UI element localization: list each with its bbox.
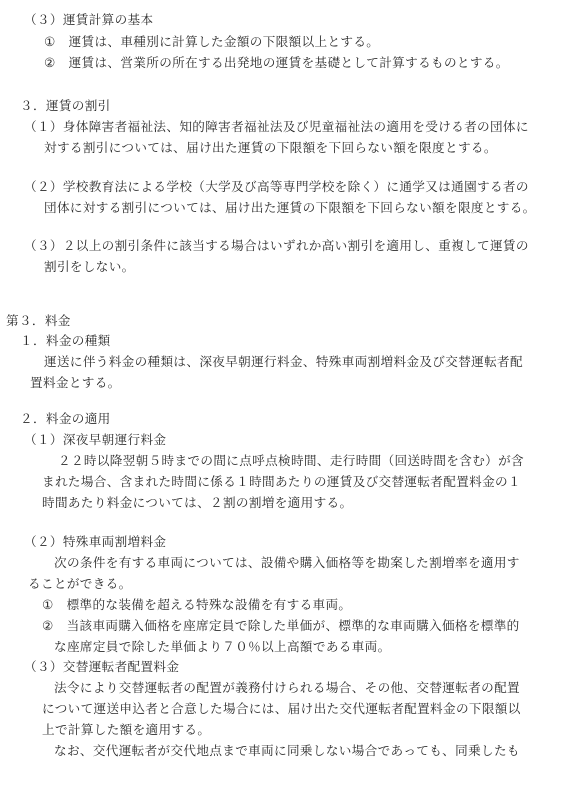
special-vehicle-item-1: ① 標準的な装備を超える特殊な設備を有する車両。 (42, 597, 351, 613)
relief-driver-line-3: 上で計算した額を適用する。 (42, 722, 210, 738)
relief-driver-line-2: について運送申込者と合意した場合には、届け出た交代運転者配置料金の下限額以 (42, 701, 521, 717)
discount-paragraph-1-line-2: 対する割引については、届け出た運賃の下限額を下回らない額を限度とする。 (44, 140, 497, 156)
special-vehicle-item-2-line-2: な座席定員で除した単価より７０％以上高額である車両。 (54, 639, 391, 655)
section-heading-charge-kinds: １．料金の種類 (20, 333, 111, 349)
special-vehicle-line-1: 次の条件を有する車両については、設備や購入価格等を勘案した割増率を適用す (54, 555, 520, 571)
charge-kinds-line-1: 運送に伴う料金の種類は、深夜早朝運行料金、特殊車両割増料金及び交替運転者配 (44, 354, 523, 370)
subsection-heading-special-vehicle: （２）特殊車両割増料金 (24, 534, 166, 550)
section-heading-charge-application: ２．料金の適用 (20, 411, 111, 427)
discount-paragraph-2-line-1: （２）学校教育法による学校（大学及び高等専門学校を除く）に通学又は通園する者の (24, 179, 529, 195)
charge-kinds-line-2: 置料金とする。 (30, 375, 121, 391)
section-heading-fare-basis: （３）運賃計算の基本 (24, 12, 153, 28)
section-heading-discount: ３．運賃の割引 (20, 98, 111, 114)
late-night-line-1: ２２時以降翌朝５時までの間に点呼点検時間、走行時間（回送時間を含む）が含 (58, 453, 524, 469)
subsection-heading-late-night: （１）深夜早朝運行料金 (24, 432, 166, 448)
fare-basis-item-2: ② 運賃は、営業所の所在する出発地の運賃を基礎として計算するものとする。 (44, 55, 509, 71)
special-vehicle-item-2-line-1: ② 当該車両購入価格を座席定員で除した単価が、標準的な車両購入価格を標準的 (42, 618, 520, 634)
discount-paragraph-3-line-2: 割引をしない。 (44, 259, 135, 275)
relief-driver-line-4: なお、交代運転者が交代地点まで車両に同乗しない場合であっても、同乗したも (54, 743, 520, 759)
late-night-line-2: まれた場合、含まれた時間に係る１時間あたりの運賃及び交替運転者配置料金の１ (42, 474, 521, 490)
discount-paragraph-3-line-1: （３）２以上の割引条件に該当する場合はいずれか高い割引を適用し、重複して運賃の (24, 238, 529, 254)
chapter-heading-charges: 第３．料金 (6, 313, 71, 329)
late-night-line-3: 時間あたり料金については、２割の割増を適用する。 (42, 495, 352, 511)
special-vehicle-line-2: ることができる。 (28, 576, 132, 592)
discount-paragraph-2-line-2: 団体に対する割引については、届け出た運賃の下限額を下回らない額を限度とする。 (44, 200, 536, 216)
relief-driver-line-1: 法令により交替運転者の配置が義務付けられる場合、その他、交替運転者の配置 (54, 680, 520, 696)
fare-basis-item-1: ① 運賃は、車種別に計算した金額の下限額以上とする。 (44, 34, 379, 50)
subsection-heading-relief-driver: （３）交替運転者配置料金 (24, 659, 179, 675)
discount-paragraph-1-line-1: （１）身体障害者福祉法、知的障害者福祉法及び児童福祉法の適用を受ける者の団体に (24, 119, 529, 135)
